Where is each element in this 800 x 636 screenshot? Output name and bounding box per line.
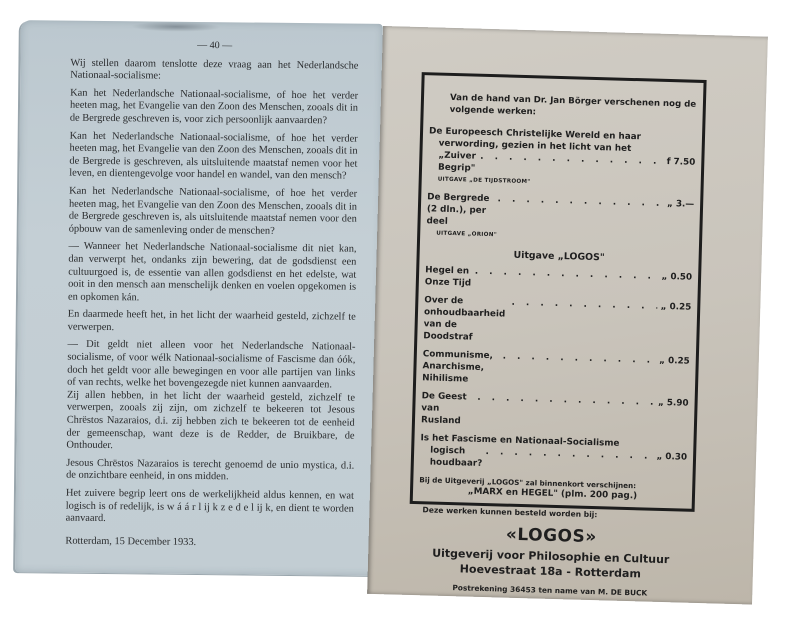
leader-dots: . . . . . . . . . . . . . . . . . . . . … xyxy=(497,193,664,210)
book-entry: Is het Fascisme en Nationaal-Socialismel… xyxy=(420,432,688,475)
book-entry: De Geest van Rusland. . . . . . . . . . … xyxy=(421,390,689,433)
book-entry: Communisme, Anarchisme, Nihilisme. . . .… xyxy=(422,348,690,391)
left-page-text: — 40 — Wij stellen daarom tenslotte deze… xyxy=(65,39,358,551)
paragraph: Kan het Nederlandsche Nationaal-socialis… xyxy=(69,130,358,183)
book-entry: De Europeesch Christelijke Wereld en haa… xyxy=(428,125,697,192)
book-title: Hegel en Onze Tijd xyxy=(425,264,472,289)
leader-dots: . . . . . . . . . . . . . . . . . . . . … xyxy=(511,297,657,313)
book-title: Over de onhoudbaarheid van de Doodstraf xyxy=(423,294,509,344)
paragraph: Kan het Nederlandsche Nationaal-socialis… xyxy=(69,186,358,239)
book-price: „ 5.90 xyxy=(658,397,689,410)
book-entry: Hegel en Onze Tijd. . . . . . . . . . . … xyxy=(425,264,693,295)
book-price: „ 0.25 xyxy=(659,355,690,368)
intro-text: Van de hand van Dr. Jan Börger verschene… xyxy=(430,91,698,122)
paragraph: — Dit geldt niet alleen voor het Nederla… xyxy=(66,339,355,455)
book-title: Communisme, Anarchisme, Nihilisme xyxy=(422,348,500,386)
book-title: De Geest van Rusland xyxy=(421,390,475,427)
book-price: „ 3.— xyxy=(667,198,694,211)
book-list: De Europeesch Christelijke Wereld en haa… xyxy=(426,125,696,246)
page-number: — 40 — xyxy=(71,39,359,55)
book-title: „Zuiver Begrip" xyxy=(438,150,477,175)
book-entry: Over de onhoudbaarheid van de Doodstraf.… xyxy=(423,294,691,349)
paragraph: Kan het Nederlandsche Nationaal-socialis… xyxy=(70,87,358,128)
leader-dots: . . . . . . . . . . . . . . . . . . . . … xyxy=(477,392,655,409)
postal-account: Postrekening 36453 ten name van M. DE BU… xyxy=(416,582,683,598)
paragraph: Jesous Chrëstos Nazaraios is terecht gen… xyxy=(66,457,354,485)
book-title: logisch houdbaar? xyxy=(430,444,483,469)
book-price: „ 0.50 xyxy=(661,271,692,284)
advertisement-frame: Van de hand van Dr. Jan Börger verschene… xyxy=(410,72,707,512)
logos-section-title: Uitgave „LOGOS" xyxy=(426,247,693,265)
left-page: — 40 — Wij stellen daarom tenslotte deze… xyxy=(15,20,383,576)
book-price: „ 0.25 xyxy=(661,301,692,314)
leader-dots: . . . . . . . . . . . . . . . . . . . . … xyxy=(475,266,659,283)
logos-book-list: Hegel en Onze Tijd. . . . . . . . . . . … xyxy=(420,264,693,475)
paragraph: — Wanneer het Nederlandsche Nationaal-so… xyxy=(68,241,357,307)
book-price: f 7.50 xyxy=(667,156,696,169)
paragraph: En daarmede heeft het, in het licht der … xyxy=(68,309,356,337)
book-price: „ 0.30 xyxy=(656,451,687,464)
book-entry: De Bergrede (2 dln.), per deel. . . . . … xyxy=(426,191,694,246)
order-note: Deze werken kunnen besteld worden bij: xyxy=(418,505,685,521)
book-title: De Bergrede (2 dln.), per deel xyxy=(426,191,494,229)
right-page: Van de hand van Dr. Jan Börger verschene… xyxy=(367,26,768,605)
leader-dots: . . . . . . . . . . . . . . . . . . . . … xyxy=(502,350,656,366)
date-line: Rotterdam, 15 December 1933. xyxy=(65,535,353,551)
paragraph: Wij stellen daarom tenslotte deze vraag … xyxy=(70,57,358,85)
paragraph: Het zuivere begrip leert ons de werkelij… xyxy=(66,488,354,529)
